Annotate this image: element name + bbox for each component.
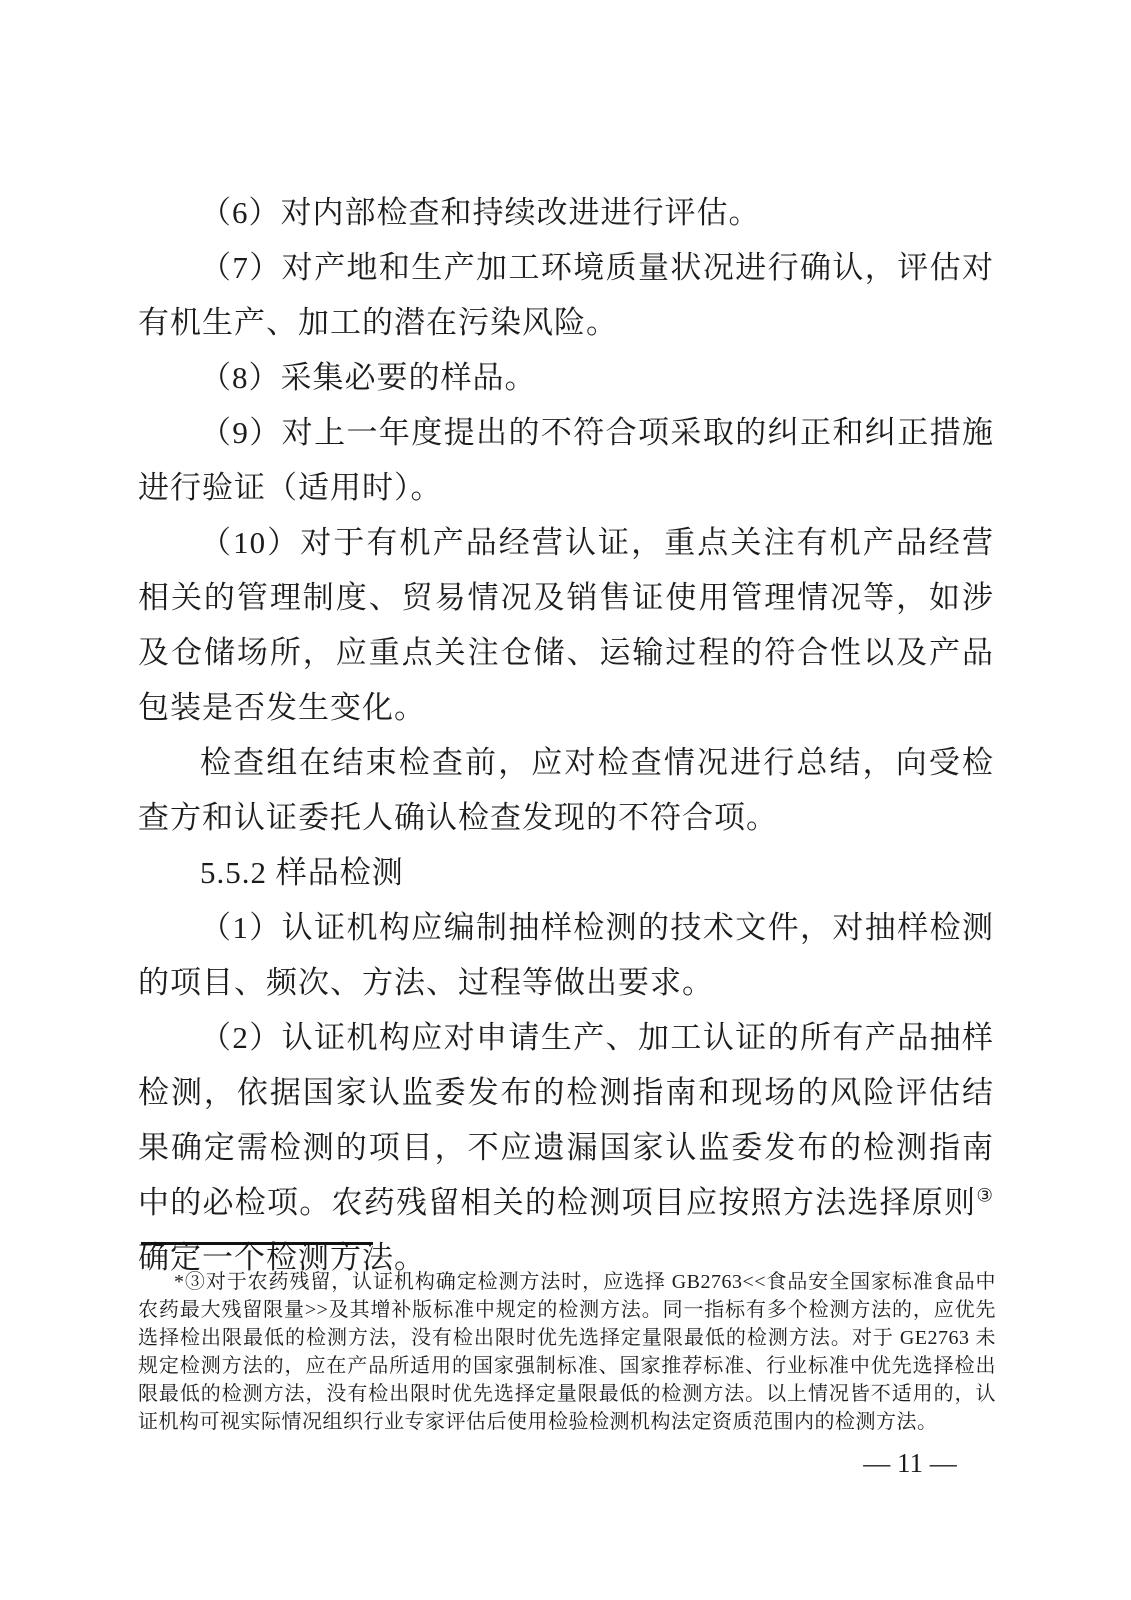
footnote-separator: [141, 1242, 373, 1245]
footnote-text: 对于农药残留，认证机构确定检测方法时，应选择 GB2763<<食品安全国家标准食…: [138, 1271, 996, 1433]
footnote: *③对于农药残留，认证机构确定检测方法时，应选择 GB2763<<食品安全国家标…: [138, 1268, 996, 1436]
page-number: — 11 —: [840, 1446, 980, 1480]
body-text: （6）对内部检查和持续改进进行评估。 （7）对产地和生产加工环境质量状况进行确认…: [138, 185, 994, 1285]
paragraph-item-2-text: （2）认证机构应对申请生产、加工认证的所有产品抽样检测，依据国家认监委发布的检测…: [138, 1020, 994, 1220]
paragraph-item-1: （1）认证机构应编制抽样检测的技术文件，对抽样检测的项目、频次、方法、过程等做出…: [138, 900, 994, 1010]
footnote-marker: *③: [174, 1271, 206, 1293]
document-page: （6）对内部检查和持续改进进行评估。 （7）对产地和生产加工环境质量状况进行确认…: [0, 0, 1131, 1600]
paragraph-item-7: （7）对产地和生产加工环境质量状况进行确认，评估对有机生产、加工的潜在污染风险。: [138, 240, 994, 350]
paragraph-item-10: （10）对于有机产品经营认证，重点关注有机产品经营相关的管理制度、贸易情况及销售…: [138, 515, 994, 735]
paragraph-item-8: （8）采集必要的样品。: [138, 350, 994, 405]
footnote-reference-mark: ③: [976, 1186, 994, 1207]
section-heading-5-5-2: 5.5.2 样品检测: [138, 845, 994, 900]
paragraph-item-6: （6）对内部检查和持续改进进行评估。: [138, 185, 994, 240]
paragraph-item-9: （9）对上一年度提出的不符合项采取的纠正和纠正措施进行验证（适用时）。: [138, 405, 994, 515]
paragraph-summary: 检查组在结束检查前，应对检查情况进行总结，向受检查方和认证委托人确认检查发现的不…: [138, 735, 994, 845]
